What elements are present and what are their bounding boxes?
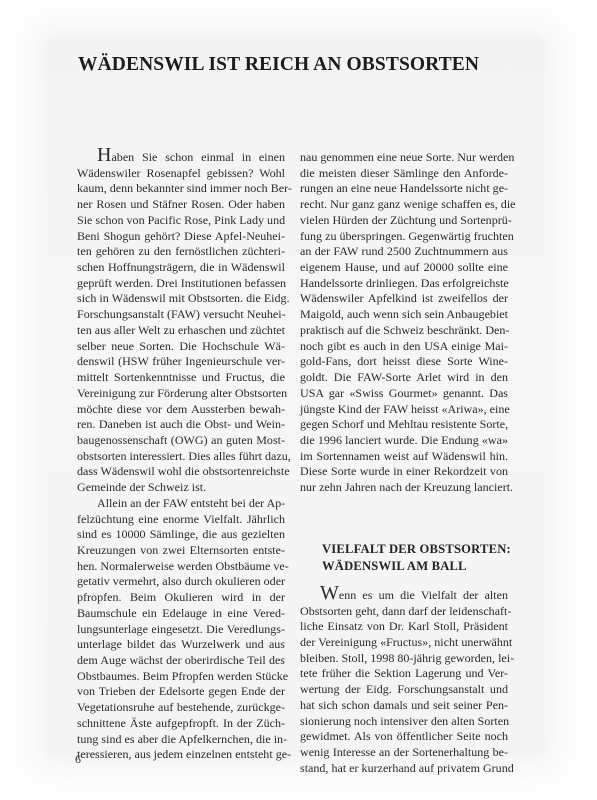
text-line: hat sich schon damals und seit seiner Pe… xyxy=(300,698,508,714)
text-line: kaum, denn bekannter sind immer noch Ber… xyxy=(77,181,285,197)
text-line: Obstbaumes. Beim Pfropfen werden Stücke xyxy=(77,669,285,685)
text-line: ten aus aller Welt zu erhaschen und züch… xyxy=(77,323,285,339)
line-text: Gemeinde der Schweiz ist. xyxy=(77,480,206,494)
line-text: gold-Fans, dort heisst diese Sorte Wine- xyxy=(300,354,508,368)
line-text: schen Hoffnungsträgern, die in Wädenswil xyxy=(77,260,285,274)
line-text: gegen Schorf und Mehltau resistente Sort… xyxy=(300,417,508,431)
text-line: gegen Schorf und Mehltau resistente Sort… xyxy=(300,417,508,433)
line-text: nau genommen eine neue Sorte. Nur werden xyxy=(300,150,514,164)
line-text: teressieren, aus jedem einzelnen entsteh… xyxy=(77,747,291,761)
line-text: fung zu überspringen. Gegenwärtig frucht… xyxy=(300,229,514,243)
text-line: baugenossenschaft (OWG) an guten Most- xyxy=(77,433,285,449)
text-line: eigenem Hause, und auf 20000 sollte eine xyxy=(300,260,508,276)
text-line: ten gehören zu den fernöstlichen züchter… xyxy=(77,244,285,260)
line-text: hat sich schon damals und seit seiner Pe… xyxy=(300,698,508,712)
line-text: vielen Hürden der Züchtung und Sortenprü… xyxy=(300,213,512,227)
line-text: wenig Interesse an der Sortenerhaltung b… xyxy=(300,745,508,759)
text-line: teressieren, aus jedem einzelnen entsteh… xyxy=(77,747,285,763)
text-line: die meisten dieser Sämlinge den Anforde- xyxy=(300,166,508,182)
line-text: eigenem Hause, und auf 20000 sollte eine xyxy=(300,260,508,274)
text-line: dem Auge wächst der oberirdische Teil de… xyxy=(77,653,285,669)
line-text: selber neue Sorten. Die Hochschule Wä- xyxy=(77,339,285,353)
line-text: nur zehn Jahren nach der Kreuzung lancie… xyxy=(300,480,513,494)
drop-cap: H xyxy=(97,144,111,166)
line-text: stand, hat er kurzerhand auf privatem Gr… xyxy=(300,761,514,775)
paragraph-karl-stoll: Wenn es um die Vielfalt der altenObstsor… xyxy=(300,588,508,777)
text-line: bleiben. Stoll, 1998 80-jährig geworden,… xyxy=(300,651,508,667)
line-text: tung sind es aber die Apfelkernchen, die… xyxy=(77,732,287,746)
text-line: Haben Sie schon einmal in einen xyxy=(77,150,285,166)
line-text: recht. Nur ganz ganz wenige schaffen es,… xyxy=(300,197,516,211)
line-text: getativ vermehrt, also durch okulieren o… xyxy=(77,574,285,588)
text-line: denswil (HSW früher Ingenieurschule ver- xyxy=(77,354,285,370)
text-line: obstsorten interessiert. Dies alles führ… xyxy=(77,449,285,465)
text-line: sich in Wädenswil mit Obstsorten. die Ei… xyxy=(77,291,285,307)
line-text: jüngste Kind der FAW heisst «Ariwa», ein… xyxy=(300,402,510,416)
text-line: goldt. Die FAW-Sorte Arlet wird in den xyxy=(300,370,508,386)
line-text: Beni Shogun gehört? Diese Apfel-Neuhei- xyxy=(77,229,285,243)
line-text: pfropfen. Beim Okulieren wird in der xyxy=(77,590,285,604)
text-line: hen. Normalerweise werden Obstbäume ve- xyxy=(77,559,285,575)
text-line: ner Rosen und Stäfner Rosen. Oder haben xyxy=(77,197,285,213)
text-line: wenig Interesse an der Sortenerhaltung b… xyxy=(300,745,508,761)
text-line: ren. Daneben ist auch die Obst- und Wein… xyxy=(77,417,285,433)
paragraph-new-varieties: nau genommen eine neue Sorte. Nur werden… xyxy=(300,150,508,496)
text-line: nau genommen eine neue Sorte. Nur werden xyxy=(300,150,508,166)
line-text: der Vereinigung «Fructus», nicht unerwäh… xyxy=(300,635,512,649)
text-line: pfropfen. Beim Okulieren wird in der xyxy=(77,590,285,606)
text-line: noch gibt es auch in den USA einige Mai- xyxy=(300,339,508,355)
text-line: Allein an der FAW entsteht bei der Ap- xyxy=(77,496,285,512)
line-text: möchte diese vor dem Aussterben bewah- xyxy=(77,402,285,416)
text-line: tung sind es aber die Apfelkernchen, die… xyxy=(77,732,285,748)
line-text: geprüft werden. Drei Institutionen befas… xyxy=(77,276,286,290)
text-line: schnittene Äste aufgepfropft. In der Züc… xyxy=(77,716,285,732)
line-text: die meisten dieser Sämlinge den Anforde- xyxy=(300,166,508,180)
text-line: Wädenswiler Apfelkind ist zweifellos der xyxy=(300,291,508,307)
text-line: stand, hat er kurzerhand auf privatem Gr… xyxy=(300,761,508,777)
text-line: sionierung noch intensiver den alten Sor… xyxy=(300,714,508,730)
line-text: Handelssorte drinliegen. Das erfolgreich… xyxy=(300,276,509,290)
text-line: rungen an eine neue Handelssorte nicht g… xyxy=(300,181,508,197)
line-text: liche Einsatz von Dr. Karl Stoll, Präsid… xyxy=(300,619,508,633)
line-text: ten aus aller Welt zu erhaschen und züch… xyxy=(77,323,285,337)
text-line: Handelssorte drinliegen. Das erfolgreich… xyxy=(300,276,508,292)
line-text: Allein an der FAW entsteht bei der Ap- xyxy=(97,496,285,510)
line-text: im Sortennamen weist auf Wädenswil hin. xyxy=(300,449,508,463)
line-text: felzüchtung eine enorme Vielfalt. Jährli… xyxy=(77,512,285,526)
text-line: möchte diese vor dem Aussterben bewah- xyxy=(77,402,285,418)
text-line: Diese Sorte wurde in einer Rekordzeit vo… xyxy=(300,464,508,480)
line-text: goldt. Die FAW-Sorte Arlet wird in den xyxy=(300,370,508,384)
text-line: Sie schon von Pacific Rose, Pink Lady un… xyxy=(77,213,285,229)
text-line: lungsunterlage eingesetzt. Die Veredlung… xyxy=(77,622,285,638)
text-line: der Vereinigung «Fructus», nicht unerwäh… xyxy=(300,635,508,651)
line-text: sich in Wädenswil mit Obstsorten. die Ei… xyxy=(77,291,290,305)
text-line: schen Hoffnungsträgern, die in Wädenswil xyxy=(77,260,285,276)
text-line: Kreuzungen von zwei Elternsorten entste- xyxy=(77,543,285,559)
line-text: obstsorten interessiert. Dies alles führ… xyxy=(77,449,291,463)
line-text: denswil (HSW früher Ingenieurschule ver- xyxy=(77,354,285,368)
line-text: Sie schon von Pacific Rose, Pink Lady un… xyxy=(77,213,285,227)
text-line: unterlage bildet das Wurzelwerk und aus xyxy=(77,637,285,653)
line-text: schnittene Äste aufgepfropft. In der Züc… xyxy=(77,716,285,730)
line-text: praktisch auf die Schweiz beschränkt. De… xyxy=(300,323,509,337)
paragraph-faw-breeding: Allein an der FAW entsteht bei der Ap-fe… xyxy=(77,496,285,763)
line-text: wertung der Eidg. Forschungsanstalt und xyxy=(300,682,508,696)
text-line: die 1996 lanciert wurde. Die Endung «wa» xyxy=(300,433,508,449)
line-text: gewidmet. Als von öffentlicher Seite noc… xyxy=(300,729,508,743)
text-line: wertung der Eidg. Forschungsanstalt und xyxy=(300,682,508,698)
text-line: gewidmet. Als von öffentlicher Seite noc… xyxy=(300,729,508,745)
page-title: WÄDENSWIL IST REICH AN OBSTSORTEN xyxy=(78,54,479,76)
line-text: mittelt Sortenkenntnisse und Fructus, di… xyxy=(77,370,285,384)
text-line: USA gar «Swiss Gourmet» genannt. Das xyxy=(300,386,508,402)
line-text: Forschungsanstalt (FAW) versucht Neuhei- xyxy=(77,307,286,321)
text-line: felzüchtung eine enorme Vielfalt. Jährli… xyxy=(77,512,285,528)
line-text: USA gar «Swiss Gourmet» genannt. Das xyxy=(300,386,508,400)
line-text: noch gibt es auch in den USA einige Mai- xyxy=(300,339,508,353)
line-text: Vereinigung zur Förderung alter Obstsort… xyxy=(77,386,287,400)
text-line: Baumschule ein Edelauge in eine Vered- xyxy=(77,606,285,622)
text-line: geprüft werden. Drei Institutionen befas… xyxy=(77,276,285,292)
line-text: Baumschule ein Edelauge in eine Vered- xyxy=(77,606,285,620)
line-text: Wädenswiler Apfelkind ist zweifellos der xyxy=(300,291,508,305)
page-number: 6 xyxy=(75,752,81,767)
text-line: dass Wädenswil wohl die obstsortenreichs… xyxy=(77,464,285,480)
line-text: sind es 10000 Sämlinge, die aus gezielte… xyxy=(77,527,285,541)
text-line: an der FAW rund 2500 Zuchtnummern aus xyxy=(300,244,508,260)
line-text: lungsunterlage eingesetzt. Die Veredlung… xyxy=(77,622,285,636)
line-text: kaum, denn bekannter sind immer noch Ber… xyxy=(77,181,292,195)
subheading-line-2: WÄDENSWIL AM BALL xyxy=(322,558,508,575)
text-line: Obstsorten geht, dann darf der leidensch… xyxy=(300,604,508,620)
right-column: nau genommen eine neue Sorte. Nur werden… xyxy=(300,150,508,776)
line-text: tete früher die Sektion Lagerung und Ver… xyxy=(300,666,508,680)
text-line: selber neue Sorten. Die Hochschule Wä- xyxy=(77,339,285,355)
line-text: Wädenswiler Rosenapfel gebissen? Wohl xyxy=(77,166,285,180)
line-text: unterlage bildet das Wurzelwerk und aus xyxy=(77,637,285,651)
line-text: die 1996 lanciert wurde. Die Endung «wa» xyxy=(300,433,508,447)
text-line: Forschungsanstalt (FAW) versucht Neuhei- xyxy=(77,307,285,323)
text-line: gold-Fans, dort heisst diese Sorte Wine- xyxy=(300,354,508,370)
text-line: sind es 10000 Sämlinge, die aus gezielte… xyxy=(77,527,285,543)
line-text: ner Rosen und Stäfner Rosen. Oder haben xyxy=(77,197,285,211)
line-text: rungen an eine neue Handelssorte nicht g… xyxy=(300,181,508,195)
line-text: sionierung noch intensiver den alten Sor… xyxy=(300,714,509,728)
text-line: recht. Nur ganz ganz wenige schaffen es,… xyxy=(300,197,508,213)
text-line: Beni Shogun gehört? Diese Apfel-Neuhei- xyxy=(77,229,285,245)
text-line: Vereinigung zur Förderung alter Obstsort… xyxy=(77,386,285,402)
line-text: Vegetationsruhe auf bestehende, zurückge… xyxy=(77,700,285,714)
line-text: hen. Normalerweise werden Obstbäume ve- xyxy=(77,559,289,573)
text-line: getativ vermehrt, also durch okulieren o… xyxy=(77,574,285,590)
line-text: dass Wädenswil wohl die obstsortenreichs… xyxy=(77,464,290,478)
line-text: ren. Daneben ist auch die Obst- und Wein… xyxy=(77,417,285,431)
left-column: Haben Sie schon einmal in einenWädenswil… xyxy=(77,150,285,763)
section-subheading: VIELFALT DER OBSTSORTEN: WÄDENSWIL AM BA… xyxy=(300,541,508,575)
text-line: mittelt Sortenkenntnisse und Fructus, di… xyxy=(77,370,285,386)
paragraph-intro: Haben Sie schon einmal in einenWädenswil… xyxy=(77,150,285,496)
line-text: baugenossenschaft (OWG) an guten Most- xyxy=(77,433,285,447)
line-text: an der FAW rund 2500 Zuchtnummern aus xyxy=(300,244,508,258)
text-line: tete früher die Sektion Lagerung und Ver… xyxy=(300,666,508,682)
line-text: enn es um die Vielfalt der alten xyxy=(339,588,508,602)
text-line: liche Einsatz von Dr. Karl Stoll, Präsid… xyxy=(300,619,508,635)
text-line: vielen Hürden der Züchtung und Sortenprü… xyxy=(300,213,508,229)
line-text: von Trieben der Edelsorte gegen Ende der xyxy=(77,684,285,698)
text-line: Wädenswiler Rosenapfel gebissen? Wohl xyxy=(77,166,285,182)
line-text: bleiben. Stoll, 1998 80-jährig geworden,… xyxy=(300,651,514,665)
subheading-line-1: VIELFALT DER OBSTSORTEN: xyxy=(322,541,508,558)
text-line: jüngste Kind der FAW heisst «Ariwa», ein… xyxy=(300,402,508,418)
line-text: ten gehören zu den fernöstlichen züchter… xyxy=(77,244,285,258)
text-line: Gemeinde der Schweiz ist. xyxy=(77,480,285,496)
text-line: Wenn es um die Vielfalt der alten xyxy=(300,588,508,604)
text-line: nur zehn Jahren nach der Kreuzung lancie… xyxy=(300,480,508,496)
line-text: Obstsorten geht, dann darf der leidensch… xyxy=(300,604,511,618)
line-text: Diese Sorte wurde in einer Rekordzeit vo… xyxy=(300,464,508,478)
text-line: im Sortennamen weist auf Wädenswil hin. xyxy=(300,449,508,465)
text-line: praktisch auf die Schweiz beschränkt. De… xyxy=(300,323,508,339)
line-text: Maigold, auch wenn sich sein Anbaugebiet xyxy=(300,307,508,321)
text-line: Maigold, auch wenn sich sein Anbaugebiet xyxy=(300,307,508,323)
text-line: fung zu überspringen. Gegenwärtig frucht… xyxy=(300,229,508,245)
text-line: von Trieben der Edelsorte gegen Ende der xyxy=(77,684,285,700)
line-text: Obstbaumes. Beim Pfropfen werden Stücke xyxy=(77,669,288,683)
line-text: dem Auge wächst der oberirdische Teil de… xyxy=(77,653,285,667)
drop-cap: W xyxy=(320,582,339,604)
line-text: aben Sie schon einmal in einen xyxy=(111,150,285,164)
text-line: Vegetationsruhe auf bestehende, zurückge… xyxy=(77,700,285,716)
line-text: Kreuzungen von zwei Elternsorten entste- xyxy=(77,543,285,557)
